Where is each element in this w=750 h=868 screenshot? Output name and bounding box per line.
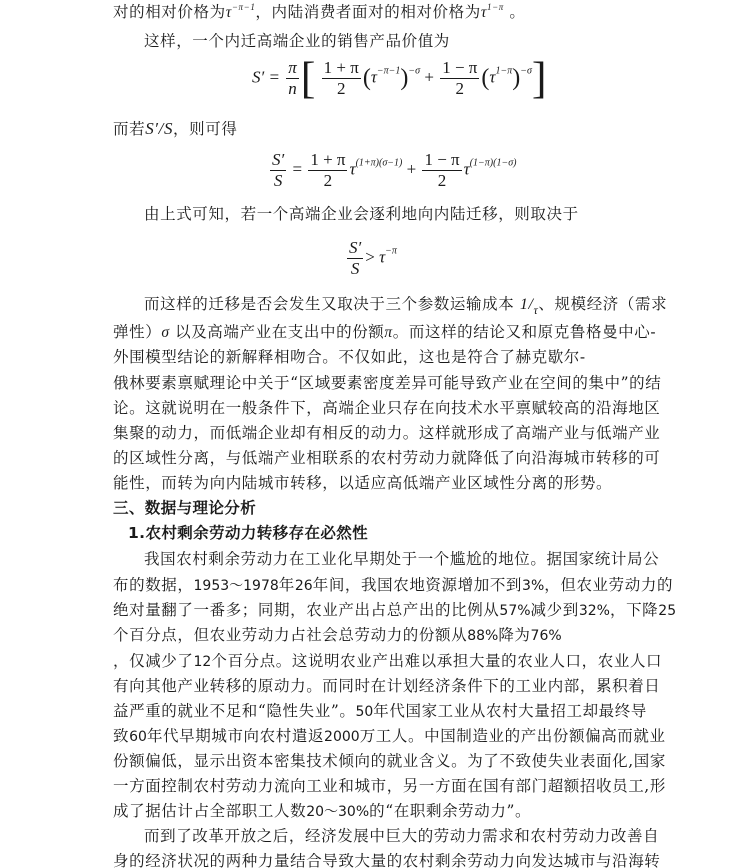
text-line: 外围模型结论的新解释相吻合。不仅如此，这也是符合了赫克歇尔- xyxy=(113,347,633,367)
text-segment: 。而这样的结论又和原克鲁格曼中心- xyxy=(393,323,656,341)
paren: ( xyxy=(363,65,371,91)
text-segment: 万工人。中国制造业的产出份额偏高而就业 xyxy=(360,727,666,745)
fraction: S′S xyxy=(347,238,363,279)
frac-num: 1 − π xyxy=(422,150,461,171)
frac-den: S xyxy=(272,171,285,191)
text-segment: 年间，我国农地资源增加不到 xyxy=(313,576,522,594)
text-line: ，仅减少了12个百分点。这说明农业产出难以承担大量的农业人口，农业人口 xyxy=(113,651,633,672)
equation-ratio: S′S = 1 + π2τ(1+π)(σ−1) + 1 − π2τ(1−π)(1… xyxy=(268,150,516,191)
number: 60 xyxy=(129,729,147,745)
math-exponent: −π−1 xyxy=(232,2,256,12)
text-segment: ，内陆消费者面对的相对价格为 xyxy=(255,3,480,21)
equation-sales-value: S′ = πn[ 1 + π2(τ−π−1)−σ + 1 − π2(τ1−π)−… xyxy=(252,58,547,99)
number: 3% xyxy=(522,578,544,594)
fraction: 1 − π2 xyxy=(440,58,479,99)
frac-num: 1 + π xyxy=(308,150,347,171)
text-segment: 降为 xyxy=(498,626,530,644)
text-line: 一方面控制农村劳动力流向工业和城市，另一方面在国有部门超额招收员工,形 xyxy=(113,776,633,796)
text-line: 而若S′/S，则可得 xyxy=(113,119,633,139)
frac-num: S′ xyxy=(347,238,363,259)
text-segment: 而若 xyxy=(113,120,145,138)
text-segment: 布的数据， xyxy=(113,576,194,594)
number: 20～30% xyxy=(306,804,369,820)
text-line: 弹性）σ 以及高端产业在支出中的份额π。而这样的结论又和原克鲁格曼中心- xyxy=(113,322,633,343)
text-line: 能性，而转为向内陆城市转移，以适应高低端产业区域性分离的形势。 xyxy=(113,473,633,493)
text-segment: 以及高端产业在支出中的份额 xyxy=(170,323,385,341)
text-segment: 年 xyxy=(279,576,295,594)
math-exponent: −σ xyxy=(408,65,420,76)
equals-sign: = xyxy=(292,159,302,178)
text-line: 身的经济状况的两种力量结合导致大量的农村剩余劳动力向发达城市与沿海转 xyxy=(113,851,633,868)
number: 88% xyxy=(467,628,498,644)
math-exponent: (1+π)(σ−1) xyxy=(356,157,403,168)
text-segment: ，下降 xyxy=(610,601,658,619)
eq-lhs: S′ = xyxy=(252,67,280,86)
text-line: 的区域性分离，与低端产业相联系的农村劳动力就降低了向沿海城市转移的可 xyxy=(113,448,633,468)
text-segment: ，则可得 xyxy=(173,120,237,138)
text-segment: 绝对量翻了一番多；同期，农业产出占总产出的比例从 xyxy=(113,601,499,619)
math-exponent: 1−π xyxy=(495,65,512,76)
text-segment: ，但农业劳动力的 xyxy=(544,576,673,594)
text-segment: 对的相对价格为 xyxy=(113,3,226,21)
frac-num: 1 xyxy=(520,296,529,313)
frac-num: 1 + π xyxy=(322,58,361,79)
fraction: 1 − π2 xyxy=(422,150,461,191)
frac-num: π xyxy=(286,58,299,79)
number: 2000 xyxy=(324,729,360,745)
frac-den: S xyxy=(349,259,362,279)
text-line: 个百分点，但农业劳动力占社会总劳动力的份额从88%降为76% xyxy=(113,625,633,646)
text-line: 而到了改革开放之后，经济发展中巨大的劳动力需求和农村劳动力改善自 xyxy=(144,826,664,846)
text-segment: 益严重的就业不足和“隐性失业”。 xyxy=(113,702,355,720)
text-segment: 。 xyxy=(504,3,526,21)
math-exponent: −σ xyxy=(520,65,532,76)
fraction: 1 + π2 xyxy=(308,150,347,191)
text-line: 论。这就说明在一般条件下，高端企业只存在向技术水平禀赋较高的沿海地区 xyxy=(113,398,633,418)
fraction: πn xyxy=(286,58,299,99)
text-line: 成了据估计占全部职工人数20～30%的“在职剩余劳动力”。 xyxy=(113,801,633,822)
text-segment: 个百分点，但农业劳动力占社会总劳动力的份额从 xyxy=(113,626,467,644)
text-line: 集聚的动力，而低端企业却有相反的动力。这样就形成了高端产业与低端产业 xyxy=(113,423,633,443)
math-pi: π xyxy=(384,324,392,341)
frac-den: 2 xyxy=(335,79,348,99)
math-sigma: σ xyxy=(161,324,169,341)
fraction: S′S xyxy=(270,150,286,191)
left-bracket: [ xyxy=(301,54,316,103)
frac-den: 2 xyxy=(436,171,449,191)
document-page: 对的相对价格为τ−π−1，内陆消费者面对的相对价格为τ1−π 。 这样，一个内迁… xyxy=(0,0,750,868)
math-exponent: −π xyxy=(385,245,397,256)
math-ratio: S′/S xyxy=(145,119,173,138)
text-line: 由上式可知，若一个高端企业会逐利地向内陆迁移，则取决于 xyxy=(144,204,664,224)
text-line: 而这样的迁移是否会发生又取决于三个参数运输成本 1/τ、规模经济（需求 xyxy=(144,294,664,320)
text-line: 俄林要素禀赋理论中关于“区域要素密度差异可能导致产业在空间的集中”的结 xyxy=(113,373,633,393)
text-line: 这样，一个内迁高端企业的销售产品价值为 xyxy=(144,31,664,51)
number: 76% xyxy=(531,628,562,644)
plus-sign: + xyxy=(407,159,417,178)
text-line: 我国农村剩余劳动力在工业化早期处于一个尴尬的地位。据国家统计局公 xyxy=(144,549,664,569)
frac-den: 2 xyxy=(322,171,335,191)
text-segment: 减少到 xyxy=(531,601,579,619)
subsection-heading: 1.农村剩余劳动力转移存在必然性 xyxy=(128,523,648,543)
text-segment: 年代国家工业从农村大量招工却最终导 xyxy=(373,702,647,720)
math-exponent: (1−π)(1−σ) xyxy=(470,157,517,168)
math-exponent: 1−π xyxy=(487,2,504,12)
text-segment: 年代早期城市向农村遣返 xyxy=(147,727,324,745)
text-segment: ，仅减少了 xyxy=(113,652,194,670)
text-line: 布的数据，1953～1978年26年间，我国农地资源增加不到3%，但农业劳动力的 xyxy=(113,575,633,596)
number: 57% xyxy=(499,603,530,619)
text-line: 绝对量翻了一番多；同期，农业产出占总产出的比例从57%减少到32%，下降25 xyxy=(113,600,633,621)
greater-than-sign: > xyxy=(365,247,375,266)
text-segment: 致 xyxy=(113,727,129,745)
frac-den: n xyxy=(286,79,299,99)
text-segment: 弹性） xyxy=(113,323,161,341)
text-line: 份额偏低，显示出资本密集技术倾向的就业含义。为了不致使失业表面化,国家 xyxy=(113,751,633,771)
fraction: 1 + π2 xyxy=(322,58,361,99)
text-line: 致60年代早期城市向农村遣返2000万工人。中国制造业的产出份额偏高而就业 xyxy=(113,726,633,747)
number: 25 xyxy=(658,603,676,619)
number: 26 xyxy=(295,578,313,594)
text-segment: 、规模经济（需求 xyxy=(538,295,667,313)
fraction-one-over-tau: 1/τ xyxy=(520,296,539,313)
number: 50 xyxy=(355,704,373,720)
number: 32% xyxy=(579,603,610,619)
right-bracket: ] xyxy=(532,54,547,103)
number: 12 xyxy=(194,654,212,670)
text-line: 有向其他产业转移的原动力。而同时在计划经济条件下的工业内部，累积着日 xyxy=(113,676,633,696)
equation-condition: S′S> τ−π xyxy=(345,238,397,279)
text-segment: 而这样的迁移是否会发生又取决于三个参数运输成本 xyxy=(144,295,520,313)
frac-num: 1 − π xyxy=(440,58,479,79)
text-segment: 的“在职剩余劳动力”。 xyxy=(369,802,531,820)
math-exponent: −π−1 xyxy=(377,65,401,76)
text-line: 对的相对价格为τ−π−1，内陆消费者面对的相对价格为τ1−π 。 xyxy=(113,2,633,23)
section-heading: 三、数据与理论分析 xyxy=(113,498,633,518)
frac-den: 2 xyxy=(454,79,467,99)
text-segment: 成了据估计占全部职工人数 xyxy=(113,802,306,820)
text-segment: 个百分点。这说明农业产出难以承担大量的农业人口，农业人口 xyxy=(211,652,662,670)
text-line: 益严重的就业不足和“隐性失业”。50年代国家工业从农村大量招工却最终导 xyxy=(113,701,633,722)
frac-num: S′ xyxy=(270,150,286,171)
plus-sign: + xyxy=(424,67,434,86)
number: 1953～1978 xyxy=(194,578,279,594)
